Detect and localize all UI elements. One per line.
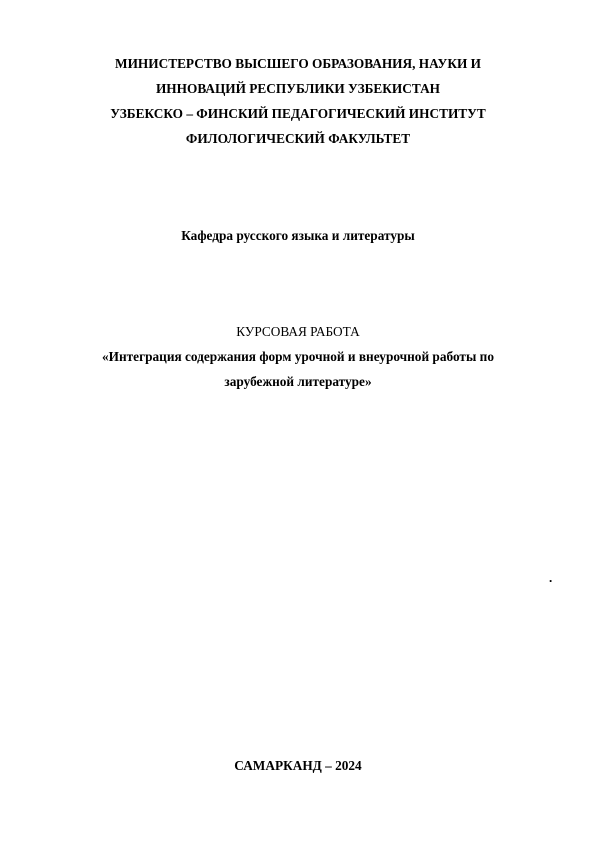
stray-dot-marker: . xyxy=(549,570,552,586)
work-title-line-2: зарубежной литературе» xyxy=(0,374,596,390)
work-title-line-1: «Интеграция содержания форм урочной и вн… xyxy=(0,349,596,365)
institute-name: УЗБЕКСКО – ФИНСКИЙ ПЕДАГОГИЧЕСКИЙ ИНСТИТ… xyxy=(0,106,596,122)
work-type: КУРСОВАЯ РАБОТА xyxy=(0,324,596,340)
department-name: Кафедра русского языка и литературы xyxy=(0,228,596,244)
ministry-line-2: ИННОВАЦИЙ РЕСПУБЛИКИ УЗБЕКИСТАН xyxy=(0,81,596,97)
faculty-name: ФИЛОЛОГИЧЕСКИЙ ФАКУЛЬТЕТ xyxy=(0,131,596,147)
ministry-line-1: МИНИСТЕРСТВО ВЫСШЕГО ОБРАЗОВАНИЯ, НАУКИ … xyxy=(0,56,596,72)
city-year: САМАРКАНД – 2024 xyxy=(0,758,596,774)
